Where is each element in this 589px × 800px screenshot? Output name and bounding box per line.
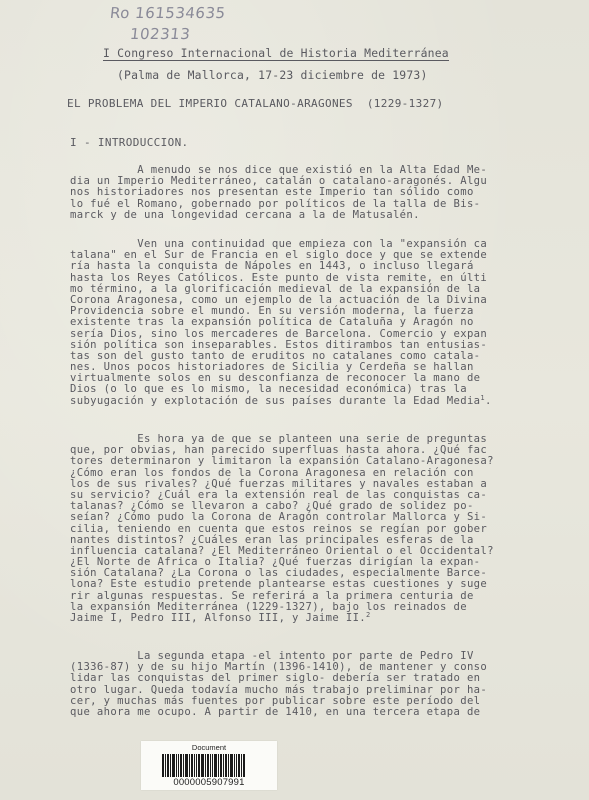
text-line: Jaime I, Pedro III, Alfonso III, y Jaime…	[70, 613, 570, 624]
paragraph-2: Ven una continuidad que empieza con la "…	[70, 239, 570, 407]
handwritten-reference-number: 102313	[129, 25, 191, 43]
barcode-number: 0000005907991	[141, 777, 277, 788]
barcode-icon	[162, 754, 258, 777]
text-line: ría hasta la conquista de Nápoles en 144…	[70, 261, 570, 272]
text-line: seían? ¿Cómo pudo la Corona de Aragón co…	[70, 512, 570, 523]
text-line: lidar las conquistas del primer siglo- d…	[70, 673, 570, 684]
footnote-marker-2: 2	[366, 611, 371, 619]
section-heading: I - INTRODUCCION.	[70, 137, 189, 148]
text-line: marck y de una longevidad cercana a la d…	[70, 210, 570, 221]
text-line-body: subyugación y explotación de sus países …	[70, 395, 480, 407]
barcode-label: Document 0000005907991	[141, 741, 277, 790]
paragraph-1: A menudo se nos dice que existió en la A…	[70, 165, 570, 221]
congress-heading: I Congreso Internacional de Historia Med…	[103, 48, 449, 61]
text-line: existente tras la expansión política de …	[70, 317, 570, 328]
paragraph-4: La segunda etapa -el intento por parte d…	[70, 651, 570, 718]
paper-title: EL PROBLEMA DEL IMPERIO CATALANO-ARAGONE…	[67, 98, 444, 109]
text-line: lona? Este estudio pretende plantearse e…	[70, 579, 570, 590]
text-line-body: Jaime I, Pedro III, Alfonso III, y Jaime…	[70, 612, 366, 624]
text-line: nos historiadores nos presentan este Imp…	[70, 187, 570, 198]
handwritten-catalog-number: Ro 161534635	[109, 4, 226, 22]
sentence-end: .	[485, 395, 492, 407]
document-page: Ro 161534635 102313 I Congreso Internaci…	[0, 0, 589, 800]
text-line: subyugación y explotación de sus países …	[70, 396, 570, 407]
text-line: cilia, teniendo en cuenta que estos rein…	[70, 524, 570, 535]
congress-place-date: (Palma de Mallorca, 17-23 diciembre de 1…	[117, 70, 428, 81]
text-line: sería Dios, sino los mercaderes de Barce…	[70, 329, 570, 340]
text-line: que ahora me ocupo. A partir de 1410, en…	[70, 707, 570, 718]
barcode-label-title: Document	[141, 743, 277, 752]
paragraph-3: Es hora ya de que se planteen una serie …	[70, 434, 570, 624]
text-line: tores determinaron y limitaron la expans…	[70, 456, 570, 467]
